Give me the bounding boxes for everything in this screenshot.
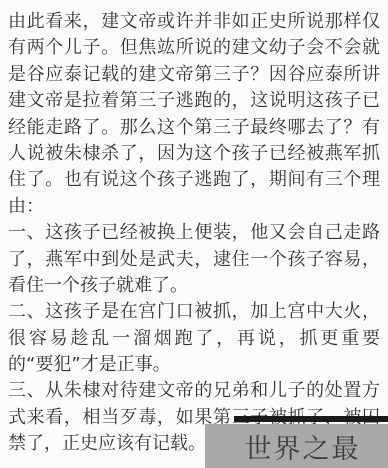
text-line: 一、这孩子已经被换上便装，他又会自己走路 xyxy=(8,220,380,246)
text-line: 三、从朱棣对待建文帝的兄弟和儿子的处置方 xyxy=(8,378,380,404)
watermark-strike-bar xyxy=(234,416,388,422)
text-line: 有两个儿子。但焦竑所说的建文幼子会不会就 xyxy=(8,35,380,61)
text-line: 住了。也有说这个孩子逃跑了，期间有三个理 xyxy=(8,167,380,193)
article-page: 由此看来，建文帝或许并非如正史所说那样仅有两个儿子。但焦竑所说的建文幼子会不会就… xyxy=(0,0,388,468)
text-line: 看住一个孩子就难了。 xyxy=(8,273,380,299)
article-text: 由此看来，建文帝或许并非如正史所说那样仅有两个儿子。但焦竑所说的建文幼子会不会就… xyxy=(0,0,388,458)
watermark-label: 世界之最 xyxy=(245,427,361,466)
text-line: 经能走路了。那么这个第三子最终哪去了？有 xyxy=(8,115,380,141)
text-line: 很容易趁乱一溜烟跑了，再说，抓更重要 xyxy=(8,326,380,352)
text-line: 了，燕军中到处是武夫，逮住一个孩子容易， xyxy=(8,247,380,273)
text-line: 由此看来，建文帝或许并非如正史所说那样仅 xyxy=(8,9,380,35)
text-line: 由： xyxy=(8,194,380,220)
watermark-box: 世界之最 xyxy=(205,424,388,468)
text-line: 二、这孩子是在宫门口被抓，加上宫中大火， xyxy=(8,299,380,325)
text-line: 建文帝是拉着第三子逃跑的，这说明这孩子已 xyxy=(8,88,380,114)
text-line: 的“要犯”才是正事。 xyxy=(8,352,380,378)
text-line: 人说被朱棣杀了，因为这个孩子已经被燕军抓 xyxy=(8,141,380,167)
text-line: 是谷应泰记载的建文帝第三子？因谷应泰所讲 xyxy=(8,62,380,88)
